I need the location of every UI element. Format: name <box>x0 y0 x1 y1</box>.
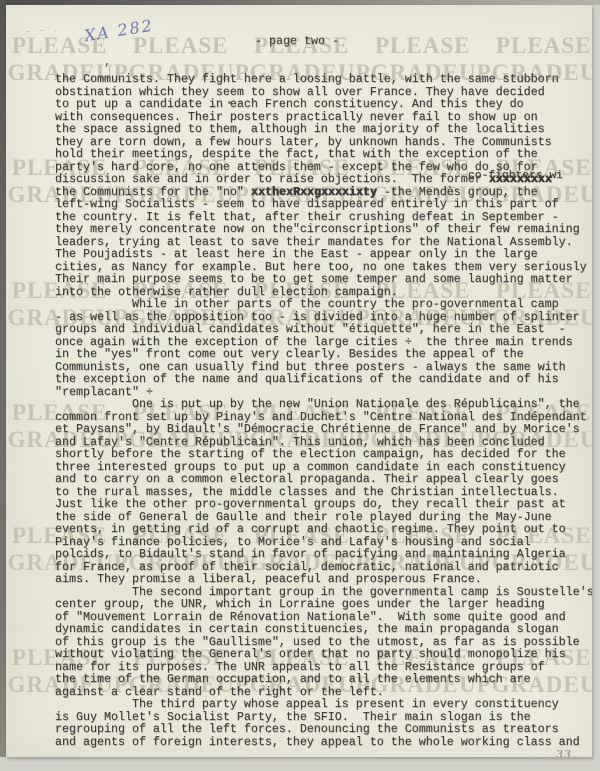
watermark-word: PLEASE <box>496 34 591 57</box>
page-number: 33. <box>556 748 577 757</box>
interline-correction: co-fighters wi <box>468 170 563 182</box>
watermark-word: PLEASE <box>133 34 228 57</box>
scanned-document-screenshot: { "page": { "header": "- page two -", "h… <box>0 0 600 771</box>
page-header: - page two - <box>255 34 339 48</box>
stray-ink-tick: , <box>104 55 111 69</box>
watermark-word: PLEASE <box>375 34 470 57</box>
document-page: PLEASEPLEASEPLEASEPLEASEPLEASEUPGRADEUPG… <box>6 5 592 757</box>
